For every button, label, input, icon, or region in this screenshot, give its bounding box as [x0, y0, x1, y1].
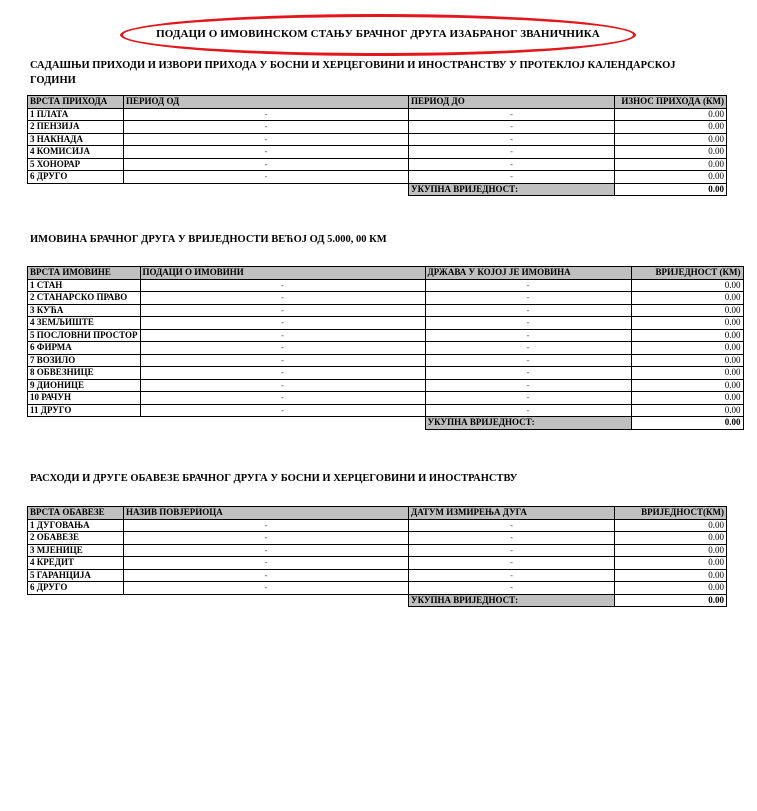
row-detail-cell: -	[140, 354, 425, 367]
row-detail-cell: -	[409, 582, 615, 595]
row-detail-cell: -	[140, 392, 425, 405]
blank-cell	[28, 417, 426, 430]
assets-table: ВРСТА ИМОВИНЕ ПОДАЦИ О ИМОВИНИ ДРЖАВА У …	[27, 266, 744, 430]
row-kind-cell: 1 ДУГОВАЊА	[28, 519, 124, 532]
blank-cell	[28, 183, 409, 196]
column-header: ВРИЈЕДНОСТ (КМ)	[631, 267, 743, 280]
row-value-cell: 0.00	[615, 133, 727, 146]
income-section-heading: САДАШЊИ ПРИХОДИ И ИЗВОРИ ПРИХОДА У БОСНИ…	[30, 58, 676, 88]
total-value: 0.00	[631, 417, 743, 430]
row-value-cell: 0.00	[615, 158, 727, 171]
table-row: 6 ФИРМА--0.00	[28, 342, 744, 355]
row-detail-cell: -	[124, 121, 409, 134]
table-row: 2 СТАНАРСКО ПРАВО--0.00	[28, 292, 744, 305]
table-row: 5 ХОНОРАР--0.00	[28, 158, 727, 171]
row-detail-cell: -	[425, 304, 631, 317]
row-kind-cell: 6 ДРУГО	[28, 171, 124, 184]
row-detail-cell: -	[409, 544, 615, 557]
total-row: УКУПНА ВРИЈЕДНОСТ:0.00	[28, 417, 744, 430]
row-value-cell: 0.00	[631, 392, 743, 405]
row-value-cell: 0.00	[631, 342, 743, 355]
row-detail-cell: -	[140, 329, 425, 342]
row-detail-cell: -	[124, 108, 409, 121]
row-value-cell: 0.00	[615, 532, 727, 545]
row-detail-cell: -	[124, 133, 409, 146]
row-detail-cell: -	[140, 404, 425, 417]
column-header: ВРСТА ОБАВЕЗЕ	[28, 507, 124, 520]
total-row: УКУПНА ВРИЈЕДНОСТ:0.00	[28, 594, 727, 607]
row-detail-cell: -	[409, 121, 615, 134]
table-row: 3 КУЋА--0.00	[28, 304, 744, 317]
row-kind-cell: 7 ВОЗИЛО	[28, 354, 141, 367]
assets-section-heading: ИМОВИНА БРАЧНОГ ДРУГА У ВРИЈЕДНОСТИ ВЕЋО…	[30, 232, 387, 247]
row-kind-cell: 6 ФИРМА	[28, 342, 141, 355]
row-detail-cell: -	[124, 532, 409, 545]
row-value-cell: 0.00	[615, 121, 727, 134]
row-detail-cell: -	[124, 146, 409, 159]
row-kind-cell: 1 СТАН	[28, 279, 141, 292]
row-detail-cell: -	[140, 367, 425, 380]
table-row: 1 ДУГОВАЊА--0.00	[28, 519, 727, 532]
column-header: ПЕРИОД ДО	[409, 96, 615, 109]
total-value: 0.00	[615, 183, 727, 196]
row-detail-cell: -	[409, 557, 615, 570]
column-header: ИЗНОС ПРИХОДА (КМ)	[615, 96, 727, 109]
row-kind-cell: 3 НАКНАДА	[28, 133, 124, 146]
total-label: УКУПНА ВРИЈЕДНОСТ:	[409, 594, 615, 607]
column-header: ВРСТА ИМОВИНЕ	[28, 267, 141, 280]
row-detail-cell: -	[124, 544, 409, 557]
row-detail-cell: -	[425, 392, 631, 405]
row-kind-cell: 5 ПОСЛОВНИ ПРОСТОР	[28, 329, 141, 342]
row-kind-cell: 4 ЗЕМЉИШТЕ	[28, 317, 141, 330]
row-value-cell: 0.00	[615, 544, 727, 557]
row-kind-cell: 1 ПЛАТА	[28, 108, 124, 121]
table-row: 3 НАКНАДА--0.00	[28, 133, 727, 146]
row-detail-cell: -	[425, 317, 631, 330]
row-detail-cell: -	[425, 354, 631, 367]
row-value-cell: 0.00	[615, 146, 727, 159]
row-detail-cell: -	[140, 342, 425, 355]
table-row: 10 РАЧУН--0.00	[28, 392, 744, 405]
row-value-cell: 0.00	[631, 317, 743, 330]
row-kind-cell: 11 ДРУГО	[28, 404, 141, 417]
row-value-cell: 0.00	[631, 279, 743, 292]
table-row: 4 КОМИСИЈА--0.00	[28, 146, 727, 159]
table-row: 8 ОБВЕЗНИЦЕ--0.00	[28, 367, 744, 380]
table-row: 9 ДИОНИЦЕ--0.00	[28, 379, 744, 392]
row-kind-cell: 2 СТАНАРСКО ПРАВО	[28, 292, 141, 305]
income-heading-line2: ГОДИНИ	[30, 73, 676, 88]
table-row: 5 ПОСЛОВНИ ПРОСТОР--0.00	[28, 329, 744, 342]
total-label: УКУПНА ВРИЈЕДНОСТ:	[409, 183, 615, 196]
total-value: 0.00	[615, 594, 727, 607]
row-value-cell: 0.00	[631, 379, 743, 392]
total-row: УКУПНА ВРИЈЕДНОСТ:0.00	[28, 183, 727, 196]
row-value-cell: 0.00	[631, 367, 743, 380]
row-value-cell: 0.00	[615, 582, 727, 595]
row-detail-cell: -	[409, 133, 615, 146]
row-detail-cell: -	[409, 569, 615, 582]
row-value-cell: 0.00	[615, 569, 727, 582]
row-detail-cell: -	[425, 279, 631, 292]
table-row: 1 ПЛАТА--0.00	[28, 108, 727, 121]
row-kind-cell: 8 ОБВЕЗНИЦЕ	[28, 367, 141, 380]
table-row: 4 ЗЕМЉИШТЕ--0.00	[28, 317, 744, 330]
row-detail-cell: -	[124, 582, 409, 595]
table-header-row: ВРСТА ПРИХОДА ПЕРИОД ОД ПЕРИОД ДО ИЗНОС …	[28, 96, 727, 109]
row-detail-cell: -	[425, 342, 631, 355]
row-detail-cell: -	[124, 519, 409, 532]
row-detail-cell: -	[124, 158, 409, 171]
row-kind-cell: 6 ДРУГО	[28, 582, 124, 595]
row-value-cell: 0.00	[615, 171, 727, 184]
row-detail-cell: -	[124, 569, 409, 582]
row-detail-cell: -	[409, 158, 615, 171]
liabilities-table: ВРСТА ОБАВЕЗЕ НАЗИВ ПОВЈЕРИОЦА ДАТУМ ИЗМ…	[27, 506, 727, 607]
table-row: 2 ОБАВЕЗЕ--0.00	[28, 532, 727, 545]
column-header: ВРИЈЕДНОСТ(КМ)	[615, 507, 727, 520]
row-kind-cell: 3 МЈЕНИЦЕ	[28, 544, 124, 557]
table-row: 6 ДРУГО--0.00	[28, 171, 727, 184]
row-detail-cell: -	[140, 304, 425, 317]
row-value-cell: 0.00	[631, 304, 743, 317]
row-detail-cell: -	[140, 292, 425, 305]
document-title-block: ПОДАЦИ О ИМОВИНСКОМ СТАЊУ БРАЧНОГ ДРУГА …	[120, 14, 640, 60]
table-row: 11 ДРУГО--0.00	[28, 404, 744, 417]
row-detail-cell: -	[409, 146, 615, 159]
column-header: ПОДАЦИ О ИМОВИНИ	[140, 267, 425, 280]
row-kind-cell: 2 ПЕНЗИЈА	[28, 121, 124, 134]
table-row: 1 СТАН--0.00	[28, 279, 744, 292]
row-detail-cell: -	[409, 532, 615, 545]
column-header: ВРСТА ПРИХОДА	[28, 96, 124, 109]
table-row: 3 МЈЕНИЦЕ--0.00	[28, 544, 727, 557]
row-kind-cell: 5 ГАРАНЦИЈА	[28, 569, 124, 582]
row-detail-cell: -	[409, 108, 615, 121]
column-header: ДАТУМ ИЗМИРЕЊА ДУГА	[409, 507, 615, 520]
income-heading-line1: САДАШЊИ ПРИХОДИ И ИЗВОРИ ПРИХОДА У БОСНИ…	[30, 58, 676, 73]
row-kind-cell: 3 КУЋА	[28, 304, 141, 317]
total-label: УКУПНА ВРИЈЕДНОСТ:	[425, 417, 631, 430]
row-value-cell: 0.00	[615, 108, 727, 121]
row-detail-cell: -	[140, 279, 425, 292]
table-row: 5 ГАРАНЦИЈА--0.00	[28, 569, 727, 582]
column-header: НАЗИВ ПОВЈЕРИОЦА	[124, 507, 409, 520]
row-detail-cell: -	[124, 171, 409, 184]
document-title: ПОДАЦИ О ИМОВИНСКОМ СТАЊУ БРАЧНОГ ДРУГА …	[120, 28, 636, 40]
row-detail-cell: -	[409, 171, 615, 184]
row-kind-cell: 4 КОМИСИЈА	[28, 146, 124, 159]
row-value-cell: 0.00	[631, 354, 743, 367]
row-value-cell: 0.00	[615, 519, 727, 532]
row-kind-cell: 4 КРЕДИТ	[28, 557, 124, 570]
row-value-cell: 0.00	[631, 292, 743, 305]
row-detail-cell: -	[425, 404, 631, 417]
table-row: 6 ДРУГО--0.00	[28, 582, 727, 595]
row-value-cell: 0.00	[631, 329, 743, 342]
row-value-cell: 0.00	[631, 404, 743, 417]
table-row: 7 ВОЗИЛО--0.00	[28, 354, 744, 367]
table-header-row: ВРСТА ИМОВИНЕ ПОДАЦИ О ИМОВИНИ ДРЖАВА У …	[28, 267, 744, 280]
row-detail-cell: -	[425, 329, 631, 342]
row-kind-cell: 9 ДИОНИЦЕ	[28, 379, 141, 392]
row-detail-cell: -	[425, 292, 631, 305]
row-detail-cell: -	[140, 317, 425, 330]
row-kind-cell: 5 ХОНОРАР	[28, 158, 124, 171]
row-detail-cell: -	[425, 367, 631, 380]
row-kind-cell: 2 ОБАВЕЗЕ	[28, 532, 124, 545]
row-detail-cell: -	[425, 379, 631, 392]
blank-cell	[28, 594, 409, 607]
income-table: ВРСТА ПРИХОДА ПЕРИОД ОД ПЕРИОД ДО ИЗНОС …	[27, 95, 727, 196]
table-row: 2 ПЕНЗИЈА--0.00	[28, 121, 727, 134]
liabilities-section-heading: РАСХОДИ И ДРУГЕ ОБАВЕЗЕ БРАЧНОГ ДРУГА У …	[30, 471, 517, 486]
column-header: ДРЖАВА У КОЈОЈ ЈЕ ИМОВИНА	[425, 267, 631, 280]
row-kind-cell: 10 РАЧУН	[28, 392, 141, 405]
row-detail-cell: -	[140, 379, 425, 392]
table-row: 4 КРЕДИТ--0.00	[28, 557, 727, 570]
row-value-cell: 0.00	[615, 557, 727, 570]
row-detail-cell: -	[124, 557, 409, 570]
table-header-row: ВРСТА ОБАВЕЗЕ НАЗИВ ПОВЈЕРИОЦА ДАТУМ ИЗМ…	[28, 507, 727, 520]
column-header: ПЕРИОД ОД	[124, 96, 409, 109]
row-detail-cell: -	[409, 519, 615, 532]
